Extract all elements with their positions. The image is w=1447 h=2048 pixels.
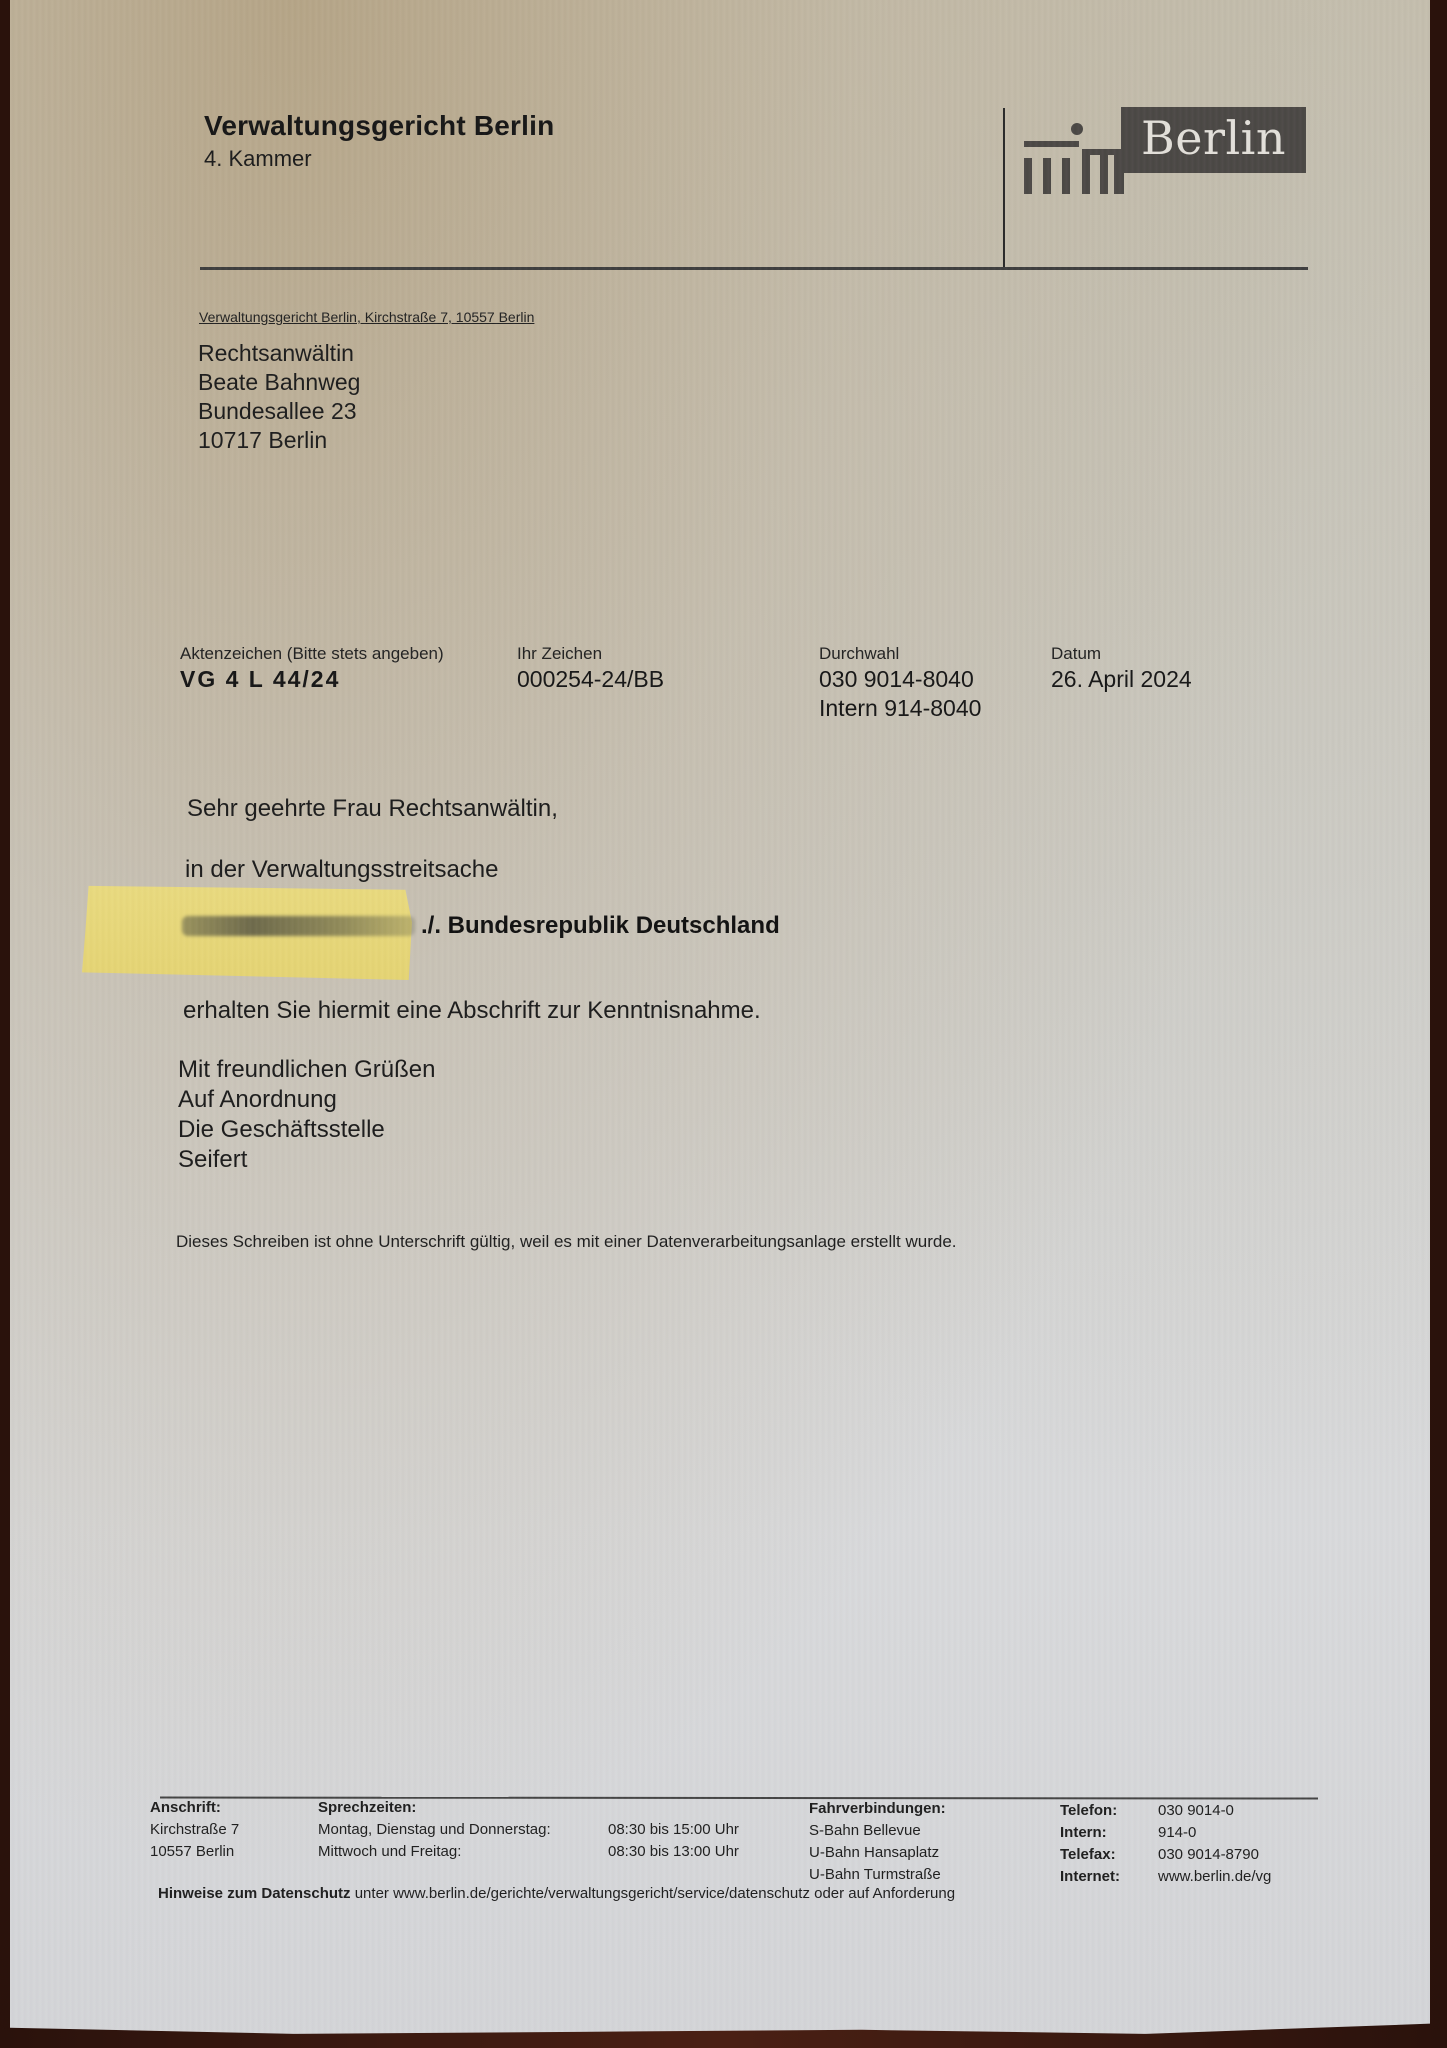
privacy-notice: Hinweise zum Datenschutz unter www.berli… xyxy=(158,1885,955,1902)
office-hours-days: Montag, Dienstag und Donnerstag: xyxy=(318,1819,608,1841)
office-hours-row: Montag, Dienstag und Donnerstag: 08:30 b… xyxy=(318,1819,739,1841)
your-reference-block: Ihr Zeichen 000254-24/BB xyxy=(517,643,664,694)
signoff: Mit freundlichen Grüßen Auf Anordnung Di… xyxy=(178,1055,435,1175)
brandenburg-gate-icon xyxy=(1022,104,1132,196)
footer-address-heading: Anschrift: xyxy=(150,1797,239,1819)
chamber: 4. Kammer xyxy=(204,146,312,172)
office-hours-time: 08:30 bis 13:00 Uhr xyxy=(608,1841,739,1863)
date-block: Datum 26. April 2024 xyxy=(1051,643,1192,694)
transport-line: S-Bahn Bellevue xyxy=(809,1820,946,1842)
your-reference-label: Ihr Zeichen xyxy=(517,643,664,665)
date-label: Datum xyxy=(1051,643,1192,665)
contact-internal-value: 914-0 xyxy=(1158,1822,1196,1844)
office-hours-days: Mittwoch und Freitag: xyxy=(318,1841,608,1863)
recipient-street: Bundesallee 23 xyxy=(198,397,360,426)
contact-internet: Internet: www.berlin.de/vg xyxy=(1060,1866,1271,1888)
berlin-logo: Berlin xyxy=(1022,104,1307,196)
signoff-order: Auf Anordnung xyxy=(178,1085,435,1115)
logo-wordmark: Berlin xyxy=(1121,111,1306,165)
direct-dial-label: Durchwahl xyxy=(819,643,981,665)
contact-fax: Telefax: 030 9014-8790 xyxy=(1060,1844,1271,1866)
your-reference: 000254-24/BB xyxy=(517,665,664,694)
privacy-notice-heading: Hinweise zum Datenschutz xyxy=(158,1885,351,1902)
header-divider xyxy=(200,267,1308,270)
body-text: erhalten Sie hiermit eine Abschrift zur … xyxy=(183,997,761,1025)
footer-address: Anschrift: Kirchstraße 7 10557 Berlin xyxy=(150,1797,239,1863)
defendant: ./. Bundesrepublik Deutschland xyxy=(421,912,780,940)
recipient-city: 10717 Berlin xyxy=(198,426,360,455)
case-number-block: Aktenzeichen (Bitte stets angeben) VG 4 … xyxy=(180,643,444,694)
letter-page: Verwaltungsgericht Berlin 4. Kammer Berl… xyxy=(10,0,1430,2040)
header-divider-vertical xyxy=(1003,108,1005,268)
signoff-greeting: Mit freundlichen Grüßen xyxy=(178,1055,435,1085)
transport-heading: Fahrverbindungen: xyxy=(809,1798,946,1820)
date: 26. April 2024 xyxy=(1051,665,1192,694)
recipient-address: Rechtsanwältin Beate Bahnweg Bundesallee… xyxy=(198,339,360,455)
case-number: VG 4 L 44/24 xyxy=(180,665,444,694)
redacted-party-name xyxy=(182,916,415,936)
matter-intro: in der Verwaltungsstreitsache xyxy=(185,856,499,884)
contact-fax-label: Telefax: xyxy=(1060,1844,1158,1866)
direct-dial-internal: Intern 914-8040 xyxy=(819,694,981,723)
footer-transport: Fahrverbindungen: S-Bahn Bellevue U-Bahn… xyxy=(809,1798,946,1886)
contact-phone-label: Telefon: xyxy=(1060,1800,1158,1822)
sender-return-address: Verwaltungsgericht Berlin, Kirchstraße 7… xyxy=(199,309,534,325)
case-number-label: Aktenzeichen (Bitte stets angeben) xyxy=(180,643,444,665)
court-name: Verwaltungsgericht Berlin xyxy=(204,110,554,142)
signoff-office: Die Geschäftsstelle xyxy=(178,1115,435,1145)
signature-notice: Dieses Schreiben ist ohne Unterschrift g… xyxy=(176,1232,957,1252)
logo-wordmark-box: Berlin xyxy=(1121,107,1306,173)
contact-internet-label: Internet: xyxy=(1060,1866,1158,1888)
direct-dial: 030 9014-8040 xyxy=(819,665,981,694)
recipient-name: Beate Bahnweg xyxy=(198,368,360,397)
case-parties: ./. Bundesrepublik Deutschland xyxy=(182,912,780,940)
footer-address-city: 10557 Berlin xyxy=(150,1841,239,1863)
signoff-name: Seifert xyxy=(178,1145,435,1175)
contact-internal-label: Intern: xyxy=(1060,1822,1158,1844)
contact-internal: Intern: 914-0 xyxy=(1060,1822,1271,1844)
salutation: Sehr geehrte Frau Rechtsanwältin, xyxy=(187,795,558,823)
privacy-notice-text: unter www.berlin.de/gerichte/verwaltungs… xyxy=(351,1885,956,1902)
footer-office-hours: Sprechzeiten: Montag, Dienstag und Donne… xyxy=(318,1797,739,1863)
contact-internet-value: www.berlin.de/vg xyxy=(1158,1866,1271,1888)
recipient-title: Rechtsanwältin xyxy=(198,339,360,368)
office-hours-time: 08:30 bis 15:00 Uhr xyxy=(608,1819,739,1841)
transport-line: U-Bahn Hansaplatz xyxy=(809,1842,946,1864)
office-hours-row: Mittwoch und Freitag: 08:30 bis 13:00 Uh… xyxy=(318,1841,739,1863)
transport-line: U-Bahn Turmstraße xyxy=(809,1864,946,1886)
contact-fax-value: 030 9014-8790 xyxy=(1158,1844,1259,1866)
footer-address-street: Kirchstraße 7 xyxy=(150,1819,239,1841)
direct-dial-block: Durchwahl 030 9014-8040 Intern 914-8040 xyxy=(819,643,981,723)
contact-phone-value: 030 9014-0 xyxy=(1158,1800,1234,1822)
office-hours-heading: Sprechzeiten: xyxy=(318,1797,739,1819)
contact-phone: Telefon: 030 9014-0 xyxy=(1060,1800,1271,1822)
footer-contact: Telefon: 030 9014-0 Intern: 914-0 Telefa… xyxy=(1060,1800,1271,1888)
